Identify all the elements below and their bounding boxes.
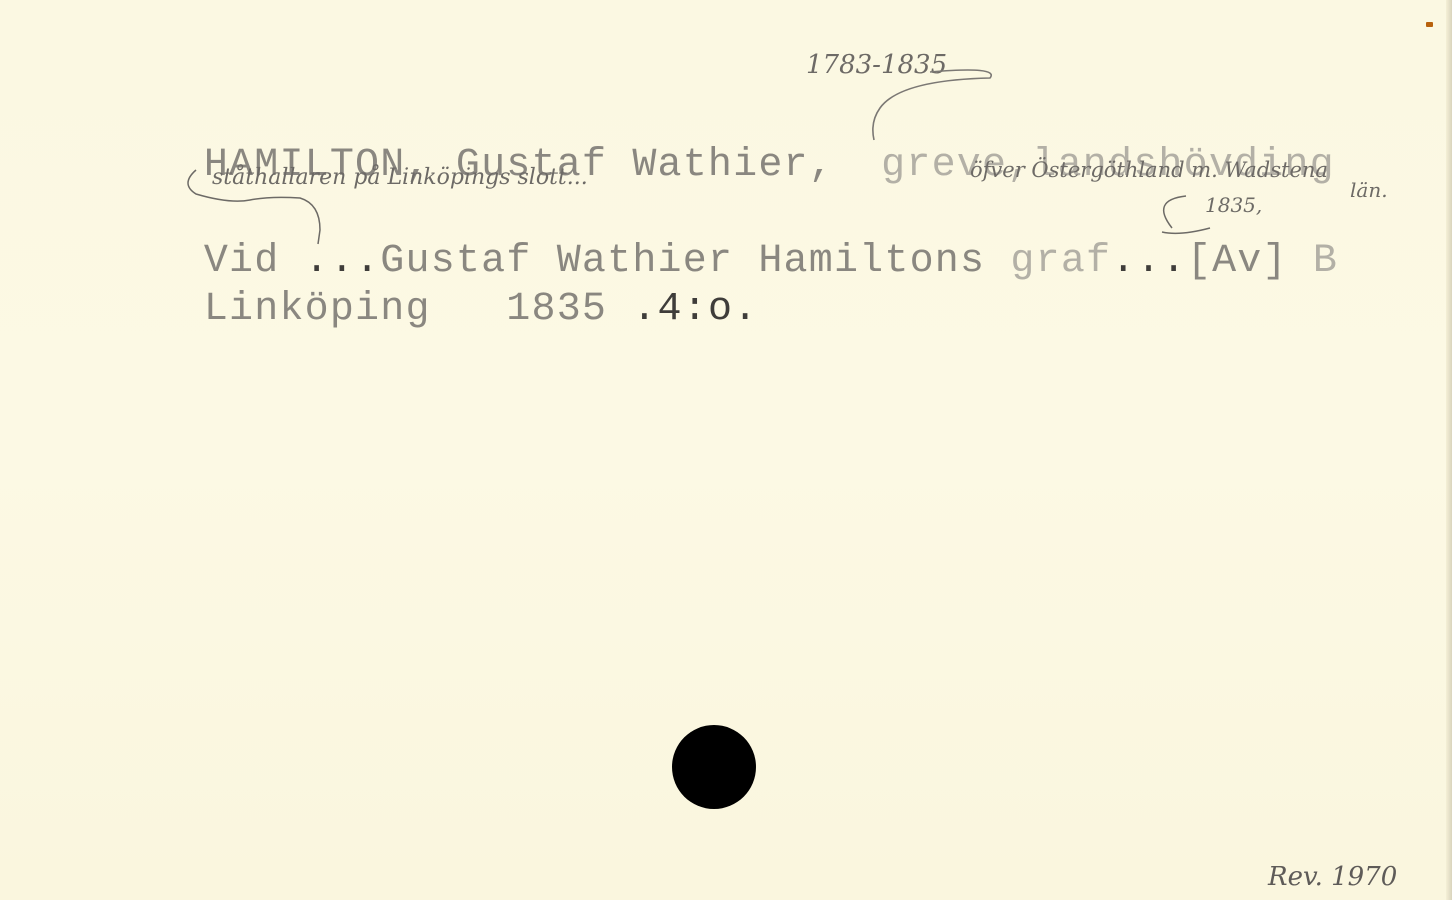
handwritten-insertion-2: öfver Östergöthland m. Wadstena [970,160,1328,181]
catalog-card: 1783-1835 HAMILTON, Gustaf Wathier, grev… [0,0,1452,900]
title-ellipsis-2: ... [1111,239,1187,284]
corner-mark [1426,22,1433,27]
title-rest: graf [1010,239,1111,284]
imprint-place: Linköping [204,287,431,332]
handwritten-revision-note: Rev. 1970 [1268,864,1397,890]
handwritten-insertion-3: 1835, [1205,195,1262,215]
handwritten-insertion-1: ståthallaren på Linköpings slott... [212,167,588,189]
imprint-year: 1835 [506,287,607,332]
imprint-line: Linköping 1835 .4:o. [103,250,758,370]
imprint-format: .4:o. [632,287,758,332]
handwritten-insertion-2b: län. [1350,180,1388,200]
punch-hole [672,725,756,809]
title-author-bracket: [Av] [1187,239,1288,284]
title-initial: B [1313,239,1338,284]
card-edge [1446,0,1452,900]
